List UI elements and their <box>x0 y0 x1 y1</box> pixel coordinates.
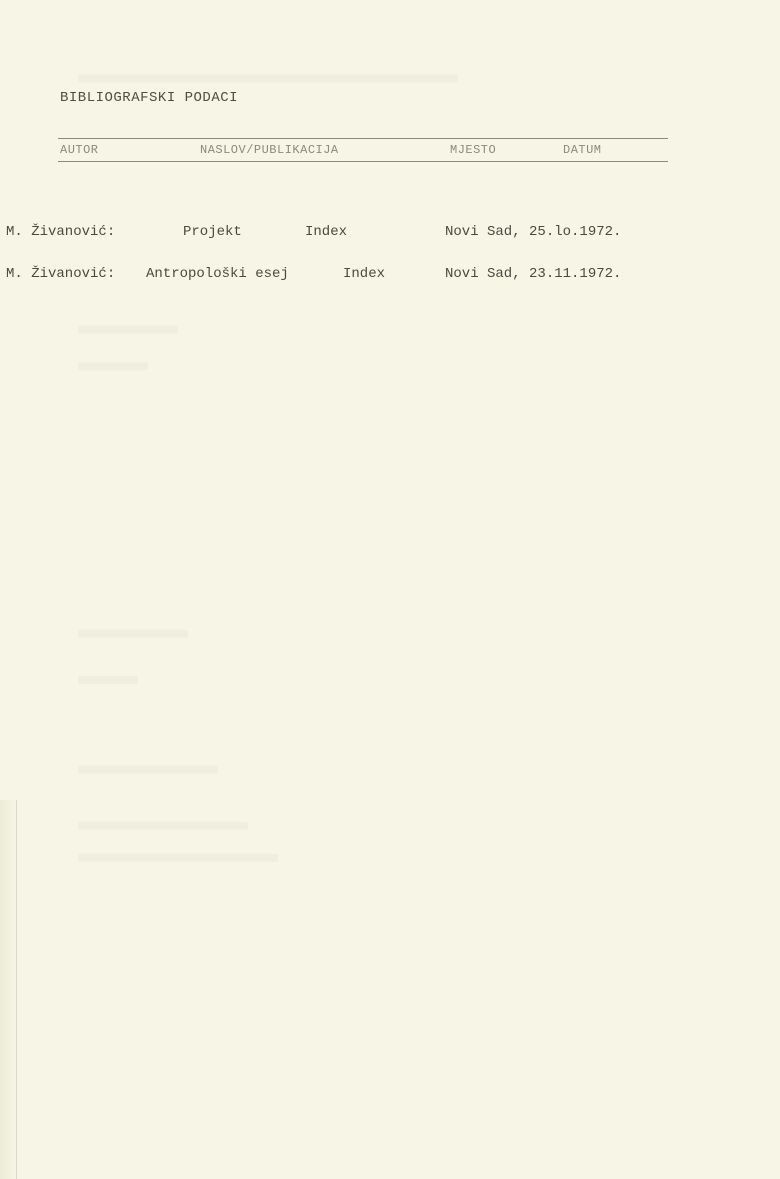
entry-publication: Index <box>305 224 347 240</box>
entry-publication: Index <box>343 266 385 282</box>
entry-title: Projekt <box>183 224 242 240</box>
entry-author: M. Živanović: <box>6 224 115 240</box>
show-through-text <box>78 74 458 82</box>
show-through-text <box>78 822 248 830</box>
show-through-text <box>78 854 278 862</box>
document-title: BIBLIOGRAFSKI PODACI <box>60 90 238 106</box>
entry-author: M. Živanović: <box>6 266 115 282</box>
entry-title: Antropološki esej <box>146 266 289 282</box>
show-through-text <box>78 630 188 638</box>
column-header-title: NASLOV/PUBLIKACIJA <box>200 143 339 157</box>
column-header-place: MJESTO <box>450 143 496 157</box>
entry-place-date: Novi Sad, 25.lo.1972. <box>445 224 621 240</box>
column-header-band: AUTOR NASLOV/PUBLIKACIJA MJESTO DATUM <box>58 138 668 162</box>
show-through-text <box>78 676 138 684</box>
show-through-text <box>78 326 178 334</box>
column-header-date: DATUM <box>563 143 602 157</box>
column-header-author: AUTOR <box>60 143 99 157</box>
show-through-text <box>78 766 218 774</box>
entry-place-date: Novi Sad, 23.11.1972. <box>445 266 621 282</box>
page-edge <box>0 800 17 1179</box>
show-through-text <box>78 362 148 370</box>
